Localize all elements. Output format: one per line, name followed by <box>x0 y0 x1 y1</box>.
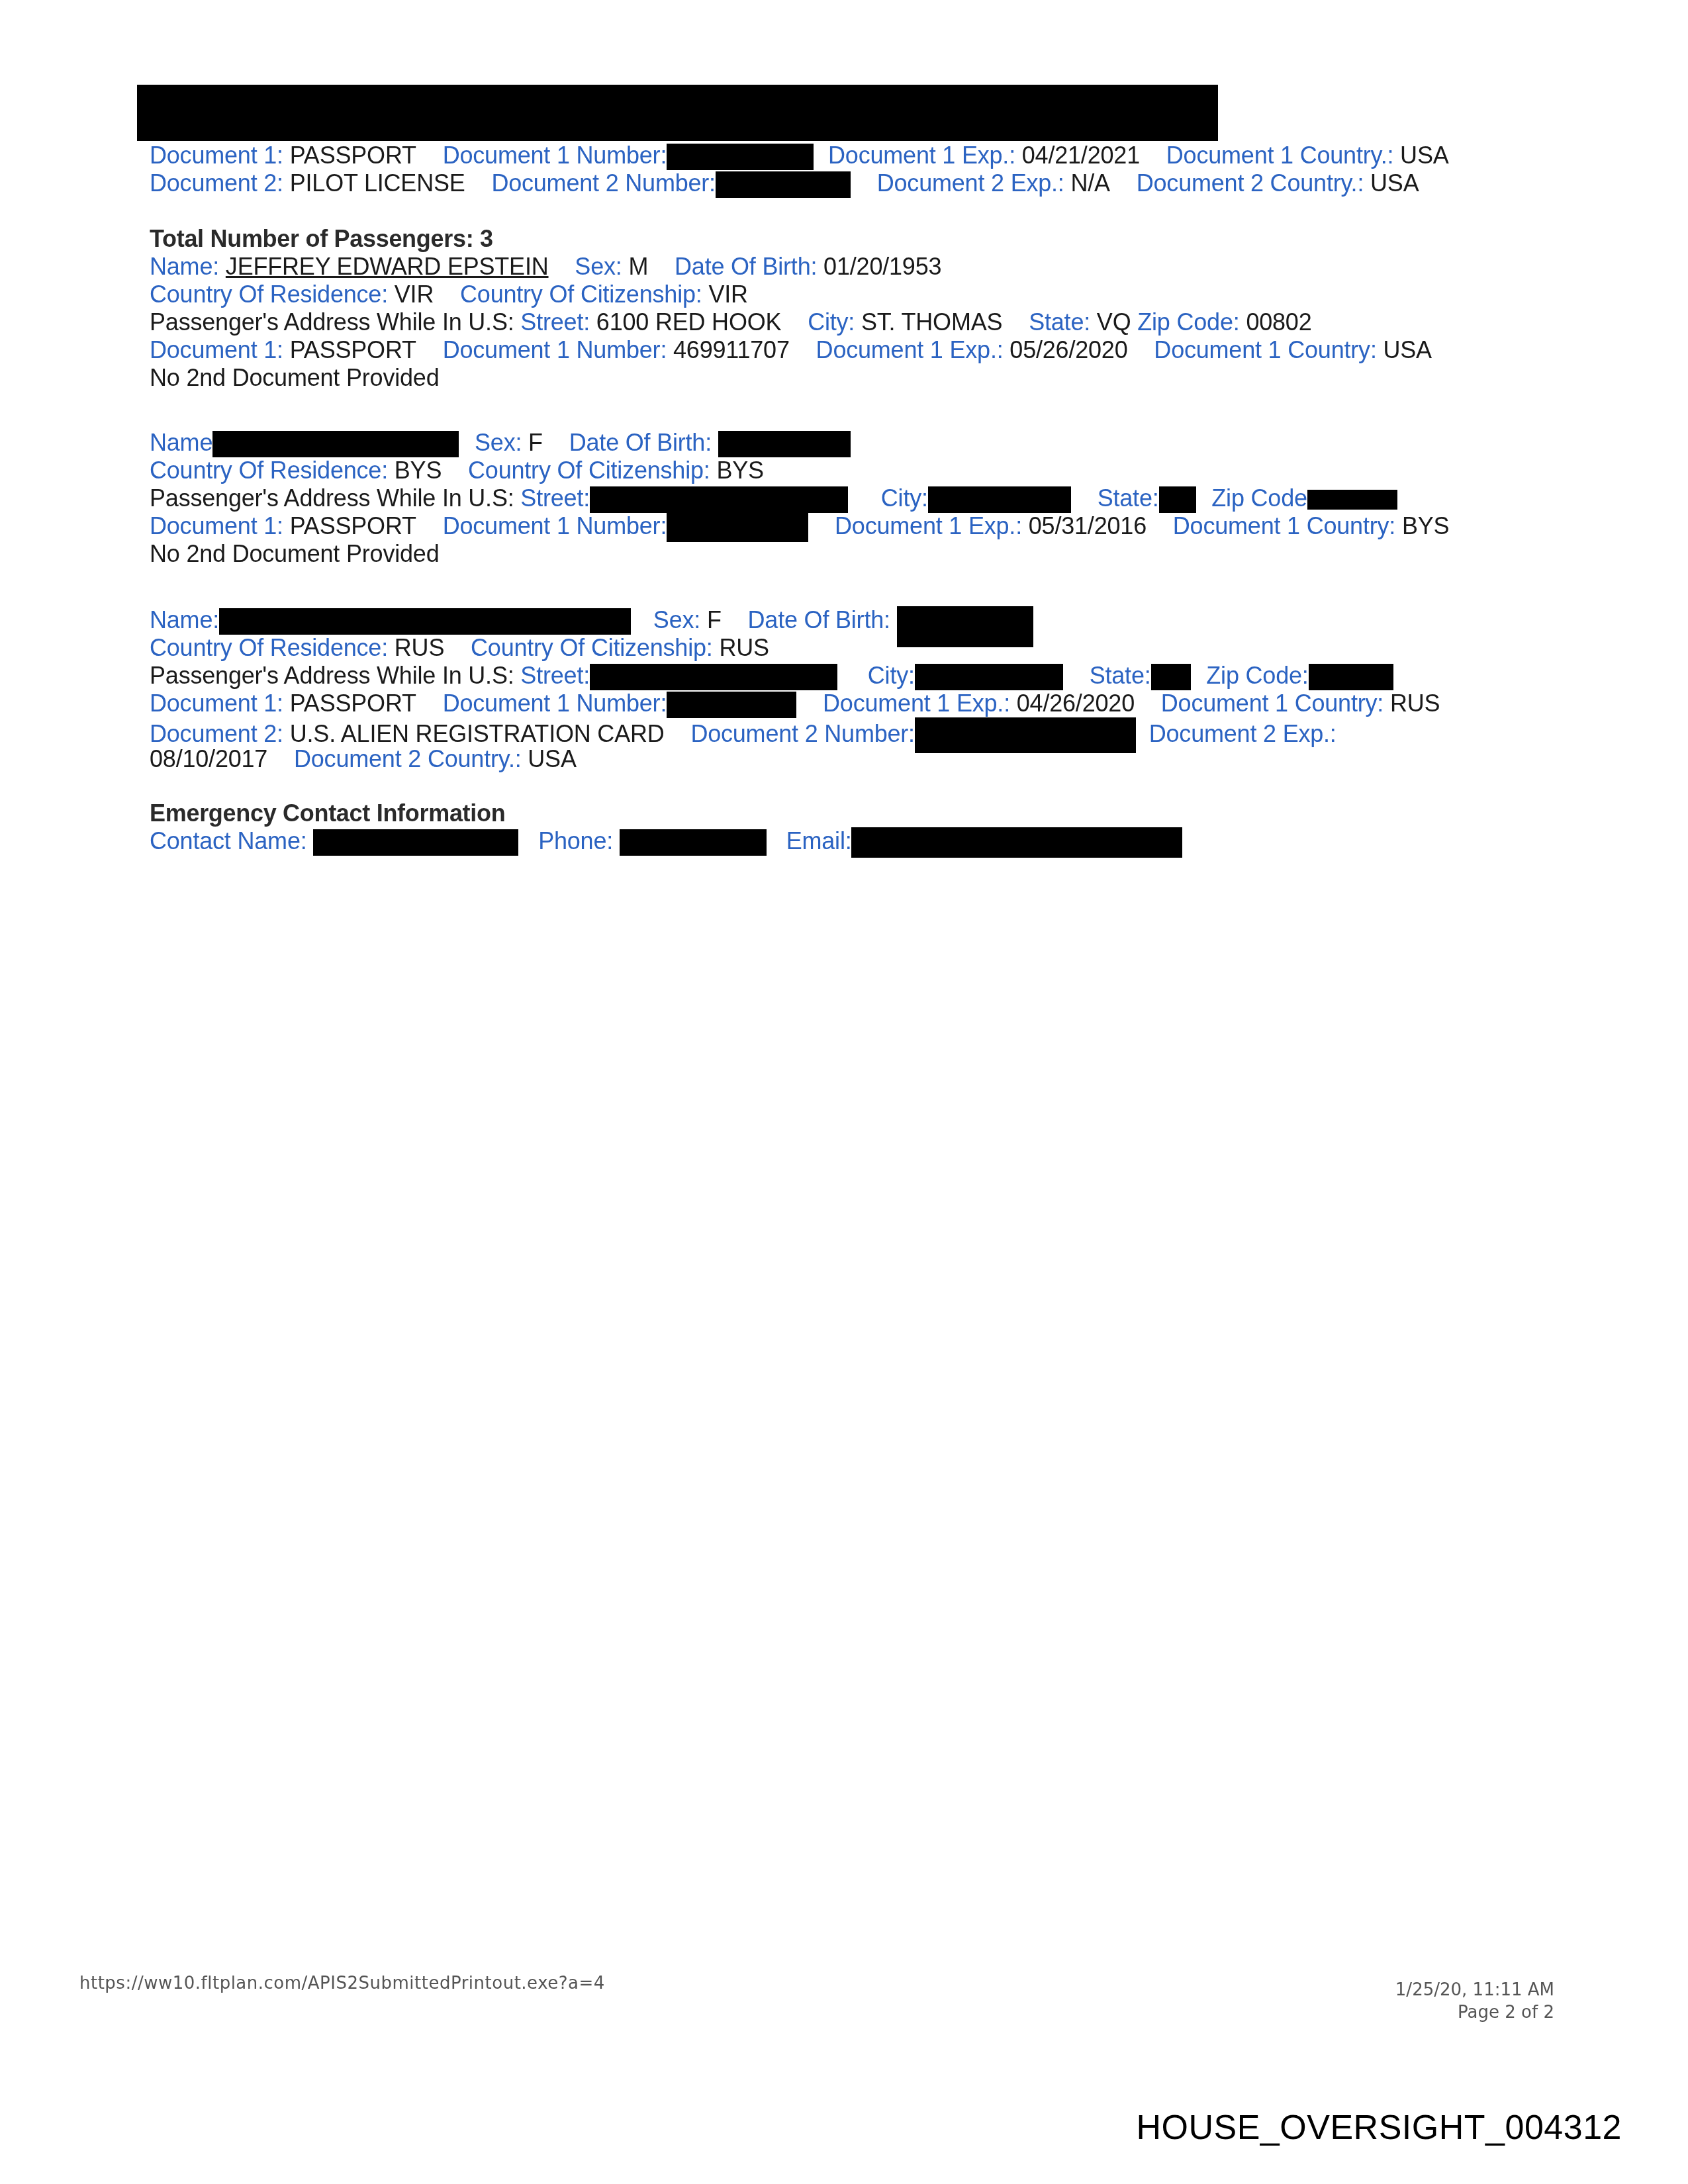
address-label: Passenger's Address While In U.S: <box>150 484 514 512</box>
redaction <box>716 171 851 198</box>
passenger1-doc-row: Document 1: PASSPORT Document 1 Number: … <box>150 336 1432 364</box>
dob-label: Date Of Birth: <box>675 253 817 280</box>
street-label: Street: <box>520 662 590 689</box>
redaction <box>313 829 518 856</box>
doc1-country-label: Document 1 Country.: <box>1166 142 1394 169</box>
doc2-type: PILOT LICENSE <box>290 169 465 197</box>
sex-label: Sex: <box>653 606 700 633</box>
doc2-label: Document 2: <box>150 720 283 747</box>
state-label: State: <box>1090 662 1151 689</box>
phone-label: Phone: <box>538 827 613 854</box>
emergency-contact-row: Contact Name: Phone: Email: <box>150 827 1182 858</box>
contact-name-label: Contact Name: <box>150 827 307 854</box>
passenger3-residence: RUS <box>395 634 444 661</box>
redaction <box>928 486 1071 513</box>
street-label: Street: <box>520 484 590 512</box>
dob-label: Date Of Birth: <box>569 429 712 456</box>
no-2nd-doc-note: No 2nd Document Provided <box>150 540 439 567</box>
doc2-country-label: Document 2 Country.: <box>1137 169 1364 197</box>
doc1-country: USA <box>1400 142 1448 169</box>
doc1-number-label: Document 1 Number: <box>443 690 667 717</box>
sex-label: Sex: <box>475 429 522 456</box>
city-label: City: <box>808 308 855 336</box>
emergency-heading: Emergency Contact Information <box>150 799 505 827</box>
redaction <box>667 144 814 170</box>
passenger1-zip: 00802 <box>1246 308 1311 336</box>
passenger2-country-row: Country Of Residence: BYS Country Of Cit… <box>150 457 764 484</box>
passenger3-doc2-country: USA <box>528 745 576 772</box>
passenger1-name: JEFFREY EDWARD EPSTEIN <box>226 253 549 280</box>
passenger1-residence: VIR <box>395 281 434 308</box>
address-label: Passenger's Address While In U.S: <box>150 308 514 336</box>
passenger1-no-doc2: No 2nd Document Provided <box>150 364 439 392</box>
redaction <box>219 608 631 635</box>
passenger3-sex: F <box>707 606 722 633</box>
passenger3-doc1-country: RUS <box>1390 690 1440 717</box>
redaction <box>897 606 1033 647</box>
footer-datetime: 1/25/20, 11:11 AM <box>1395 1979 1554 2001</box>
doc1-country-label: Document 1 Country: <box>1161 690 1383 717</box>
dob-label: Date Of Birth: <box>748 606 890 633</box>
redaction <box>915 664 1063 690</box>
address-label: Passenger's Address While In U.S: <box>150 662 514 689</box>
doc2-exp-label: Document 2 Exp.: <box>877 169 1064 197</box>
doc2-exp-label: Document 2 Exp.: <box>1149 720 1336 747</box>
passenger2-doc1-type: PASSPORT <box>290 512 416 539</box>
state-label: State: <box>1098 484 1159 512</box>
doc2-country: USA <box>1370 169 1419 197</box>
zip-label: Zip Code <box>1211 484 1307 512</box>
redaction <box>1309 664 1393 690</box>
residence-label: Country Of Residence: <box>150 634 388 661</box>
passenger1-city: ST. THOMAS <box>861 308 1002 336</box>
doc1-label: Document 1: <box>150 336 283 363</box>
passenger2-doc1-exp: 05/31/2016 <box>1029 512 1147 539</box>
name-label: Name <box>150 429 212 456</box>
doc2-number-label: Document 2 Number: <box>491 169 716 197</box>
bates-number: HOUSE_OVERSIGHT_004312 <box>1136 2108 1622 2148</box>
doc1-label: Document 1: <box>150 512 283 539</box>
passenger2-doc1-country: BYS <box>1402 512 1449 539</box>
passengers-heading: Total Number of Passengers: 3 <box>150 225 493 253</box>
footer-page-number: Page 2 of 2 <box>1395 2001 1554 2024</box>
redaction <box>667 692 796 718</box>
doc1-number-label: Document 1 Number: <box>443 142 667 169</box>
no-2nd-doc-note: No 2nd Document Provided <box>150 364 439 391</box>
passenger3-doc2-type: U.S. ALIEN REGISTRATION CARD <box>290 720 665 747</box>
doc1-label: Document 1: <box>150 142 283 169</box>
pilot-doc1-row: Document 1: PASSPORT Document 1 Number: … <box>150 142 1449 170</box>
residence-label: Country Of Residence: <box>150 457 388 484</box>
doc1-label: Document 1: <box>150 690 283 717</box>
redaction <box>590 486 848 513</box>
passenger3-doc1-exp: 04/26/2020 <box>1017 690 1135 717</box>
passenger2-address-row: Passenger's Address While In U.S: Street… <box>150 484 1397 513</box>
doc1-country-label: Document 1 Country: <box>1154 336 1376 363</box>
passenger1-state: VQ <box>1097 308 1131 336</box>
redaction <box>915 717 1136 753</box>
passenger3-country-row: Country Of Residence: RUS Country Of Cit… <box>150 634 769 662</box>
footer-meta: 1/25/20, 11:11 AM Page 2 of 2 <box>1395 1979 1554 2024</box>
city-label: City: <box>868 662 915 689</box>
passenger1-doc1-number: 469911707 <box>673 336 790 363</box>
street-label: Street: <box>520 308 590 336</box>
passenger3-doc2-exp: 08/10/2017 <box>150 745 267 772</box>
passenger1-name-row: Name: JEFFREY EDWARD EPSTEIN Sex: M Date… <box>150 253 941 281</box>
zip-label: Zip Code: <box>1206 662 1308 689</box>
zip-label: Zip Code: <box>1137 308 1239 336</box>
passenger3-citizenship: RUS <box>719 634 769 661</box>
passenger1-citizenship: VIR <box>708 281 747 308</box>
redaction <box>590 664 837 690</box>
doc1-number-label: Document 1 Number: <box>443 336 667 363</box>
passenger3-doc2-cont-row: 08/10/2017 Document 2 Country.: USA <box>150 745 577 773</box>
passenger2-no-doc2: No 2nd Document Provided <box>150 540 439 568</box>
passenger1-country-row: Country Of Residence: VIR Country Of Cit… <box>150 281 748 308</box>
passenger3-doc1-row: Document 1: PASSPORT Document 1 Number: … <box>150 690 1440 718</box>
doc2-number-label: Document 2 Number: <box>690 720 915 747</box>
redaction <box>1159 486 1196 513</box>
passenger2-doc-row: Document 1: PASSPORT Document 1 Number: … <box>150 512 1449 542</box>
passenger2-name-row: Name Sex: F Date Of Birth: <box>150 429 851 457</box>
redaction <box>667 513 808 542</box>
passenger3-address-row: Passenger's Address While In U.S: Street… <box>150 662 1393 690</box>
redaction <box>718 431 851 457</box>
redaction-header <box>137 85 1218 141</box>
redaction <box>620 829 767 856</box>
redaction <box>1307 490 1397 510</box>
pilot-doc2-row: Document 2: PILOT LICENSE Document 2 Num… <box>150 169 1419 198</box>
redaction <box>212 431 459 457</box>
doc2-label: Document 2: <box>150 169 283 197</box>
redaction <box>851 827 1182 858</box>
passenger1-doc1-country: USA <box>1383 336 1432 363</box>
footer-url: https://ww10.fltplan.com/APIS2SubmittedP… <box>79 1974 605 1993</box>
doc1-type: PASSPORT <box>290 142 416 169</box>
passenger2-residence: BYS <box>395 457 442 484</box>
state-label: State: <box>1029 308 1090 336</box>
redaction <box>1151 664 1191 690</box>
doc1-exp-label: Document 1 Exp.: <box>823 690 1010 717</box>
passenger2-sex: F <box>528 429 543 456</box>
citizenship-label: Country Of Citizenship: <box>468 457 710 484</box>
passenger2-citizenship: BYS <box>716 457 763 484</box>
passenger1-street: 6100 RED HOOK <box>596 308 782 336</box>
passenger1-doc1-type: PASSPORT <box>290 336 416 363</box>
doc1-exp: 04/21/2021 <box>1022 142 1140 169</box>
email-label: Email: <box>786 827 852 854</box>
residence-label: Country Of Residence: <box>150 281 388 308</box>
passenger1-address-row: Passenger's Address While In U.S: Street… <box>150 308 1311 336</box>
doc1-number-label: Document 1 Number: <box>443 512 667 539</box>
passenger1-dob: 01/20/1953 <box>823 253 941 280</box>
doc2-country-label: Document 2 Country.: <box>294 745 522 772</box>
doc2-exp: N/A <box>1070 169 1109 197</box>
citizenship-label: Country Of Citizenship: <box>460 281 702 308</box>
passenger1-doc1-exp: 05/26/2020 <box>1009 336 1127 363</box>
passenger1-sex: M <box>628 253 648 280</box>
citizenship-label: Country Of Citizenship: <box>471 634 713 661</box>
name-label: Name: <box>150 606 219 633</box>
passenger3-doc1-type: PASSPORT <box>290 690 416 717</box>
sex-label: Sex: <box>575 253 622 280</box>
doc1-exp-label: Document 1 Exp.: <box>828 142 1015 169</box>
doc1-exp-label: Document 1 Exp.: <box>835 512 1022 539</box>
city-label: City: <box>881 484 928 512</box>
doc1-country-label: Document 1 Country: <box>1173 512 1395 539</box>
name-label: Name: <box>150 253 219 280</box>
doc1-exp-label: Document 1 Exp.: <box>816 336 1004 363</box>
